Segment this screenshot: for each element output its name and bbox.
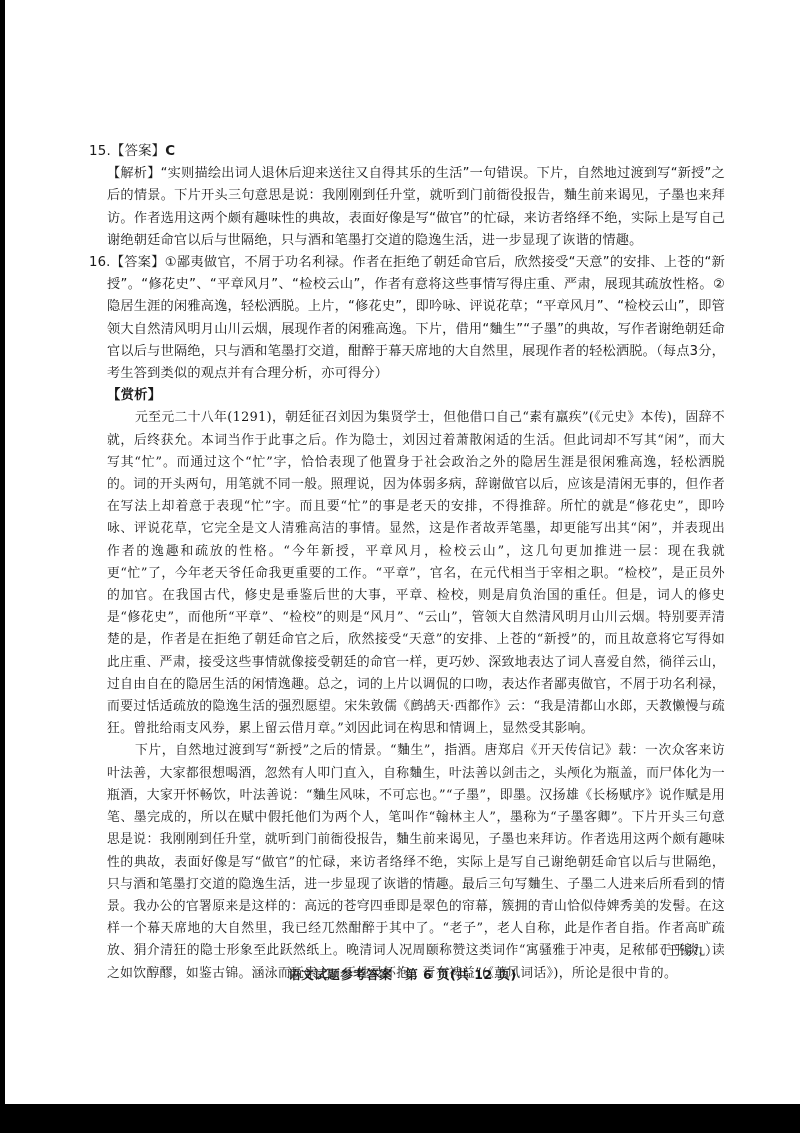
answer-value: C <box>165 144 175 159</box>
appreciation-paragraph-2: 下片，自然地过渡到写“新授”之后的情景。“麯生”，指酒。唐郑启《开天传信记》载：… <box>89 740 725 984</box>
question-number: 15. <box>89 144 111 159</box>
answer-content: 15.【答案】C 【解析】“实则描绘出词人退休后迎来送往又自得其乐的生活”一句错… <box>89 141 725 985</box>
question-number: 16. <box>89 255 111 270</box>
question-16: 16.【答案】①鄙夷做官，不屑于功名利禄。作者在拒绝了朝廷命官后，欣然接受“天意… <box>89 252 725 385</box>
question-15-analysis: 【解析】“实则描绘出词人退休后迎来送往又自得其乐的生活”一句错误。下片，自然地过… <box>89 163 725 252</box>
page-footer: 语文试题参考答案 第 6 页(共 12 页) <box>5 965 800 983</box>
analysis-label: 【解析】 <box>107 166 161 181</box>
question-16-answer: 16.【答案】①鄙夷做官，不屑于功名利禄。作者在拒绝了朝廷命官后，欣然接受“天意… <box>89 252 725 385</box>
appreciation-paragraph-1: 元至元二十八年(1291)，朝廷征召刘因为集贤学士，但他借口自己“素有羸疾”(《… <box>89 407 725 740</box>
answer-label: 【答案】 <box>111 255 165 270</box>
answer-text: ①鄙夷做官，不屑于功名利禄。作者在拒绝了朝廷命官后，欣然接受“天意”的安排、上苍… <box>107 255 725 381</box>
analysis-text: “实则描绘出词人退休后迎来送往又自得其乐的生活”一句错误。下片，自然地过渡到写“… <box>107 166 725 248</box>
question-15-answer: 15.【答案】C <box>89 141 725 163</box>
document-page: 15.【答案】C 【解析】“实则描绘出词人退休后迎来送往又自得其乐的生活”一句错… <box>5 0 800 1104</box>
appreciation-section: 【赏析】 元至元二十八年(1291)，朝廷征召刘因为集贤学士，但他借口自己“素有… <box>89 385 725 984</box>
appreciation-label: 【赏析】 <box>89 385 725 407</box>
bottom-black-bar <box>0 1104 800 1133</box>
question-15: 15.【答案】C 【解析】“实则描绘出词人退休后迎来送往又自得其乐的生活”一句错… <box>89 141 725 252</box>
author-attribution: （王锡九） <box>653 940 718 959</box>
answer-label: 【答案】 <box>111 144 165 159</box>
